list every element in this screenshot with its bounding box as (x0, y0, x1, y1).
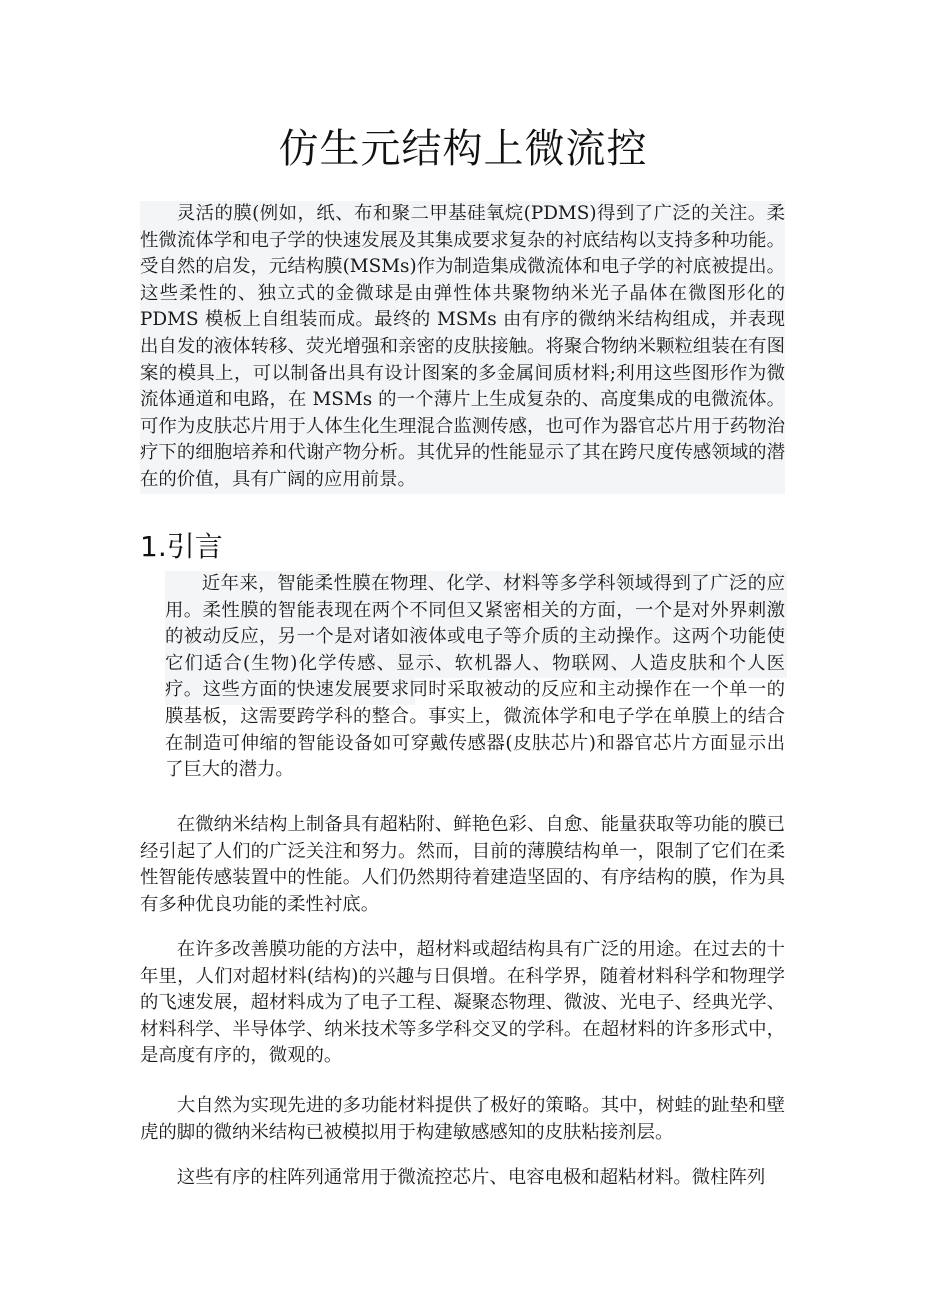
document-title: 仿生元结构上微流控 (0, 122, 926, 176)
document-page: 仿生元结构上微流控 灵活的膜(例如，纸、布和聚二甲基硅氧烷(PDMS)得到了广泛… (0, 0, 926, 1309)
intro-paragraph-1: 近年来，智能柔性膜在物理、化学、材料等多学科领域得到了广泛的应用。柔性膜的智能表… (165, 571, 785, 784)
intro-paragraph-3: 在许多改善膜功能的方法中，超材料或超结构具有广泛的用途。在过去的十年里，人们对超… (140, 937, 785, 1070)
intro-paragraph-4: 大自然为实现先进的多功能材料提供了极好的策略。其中，树蛙的趾垫和壁虎的脚的微纳米… (140, 1093, 785, 1146)
intro-paragraph-2: 在微纳米结构上制备具有超粘附、鲜艳色彩、自愈、能量获取等功能的膜已经引起了人们的… (140, 812, 785, 918)
abstract-paragraph: 灵活的膜(例如，纸、布和聚二甲基硅氧烷(PDMS)得到了广泛的关注。柔性微流体学… (140, 201, 785, 494)
section-heading-introduction: 1.引言 (140, 528, 223, 566)
intro-paragraph-5: 这些有序的柱阵列通常用于微流控芯片、电容电极和超粘材料。微柱阵列 (140, 1165, 785, 1192)
